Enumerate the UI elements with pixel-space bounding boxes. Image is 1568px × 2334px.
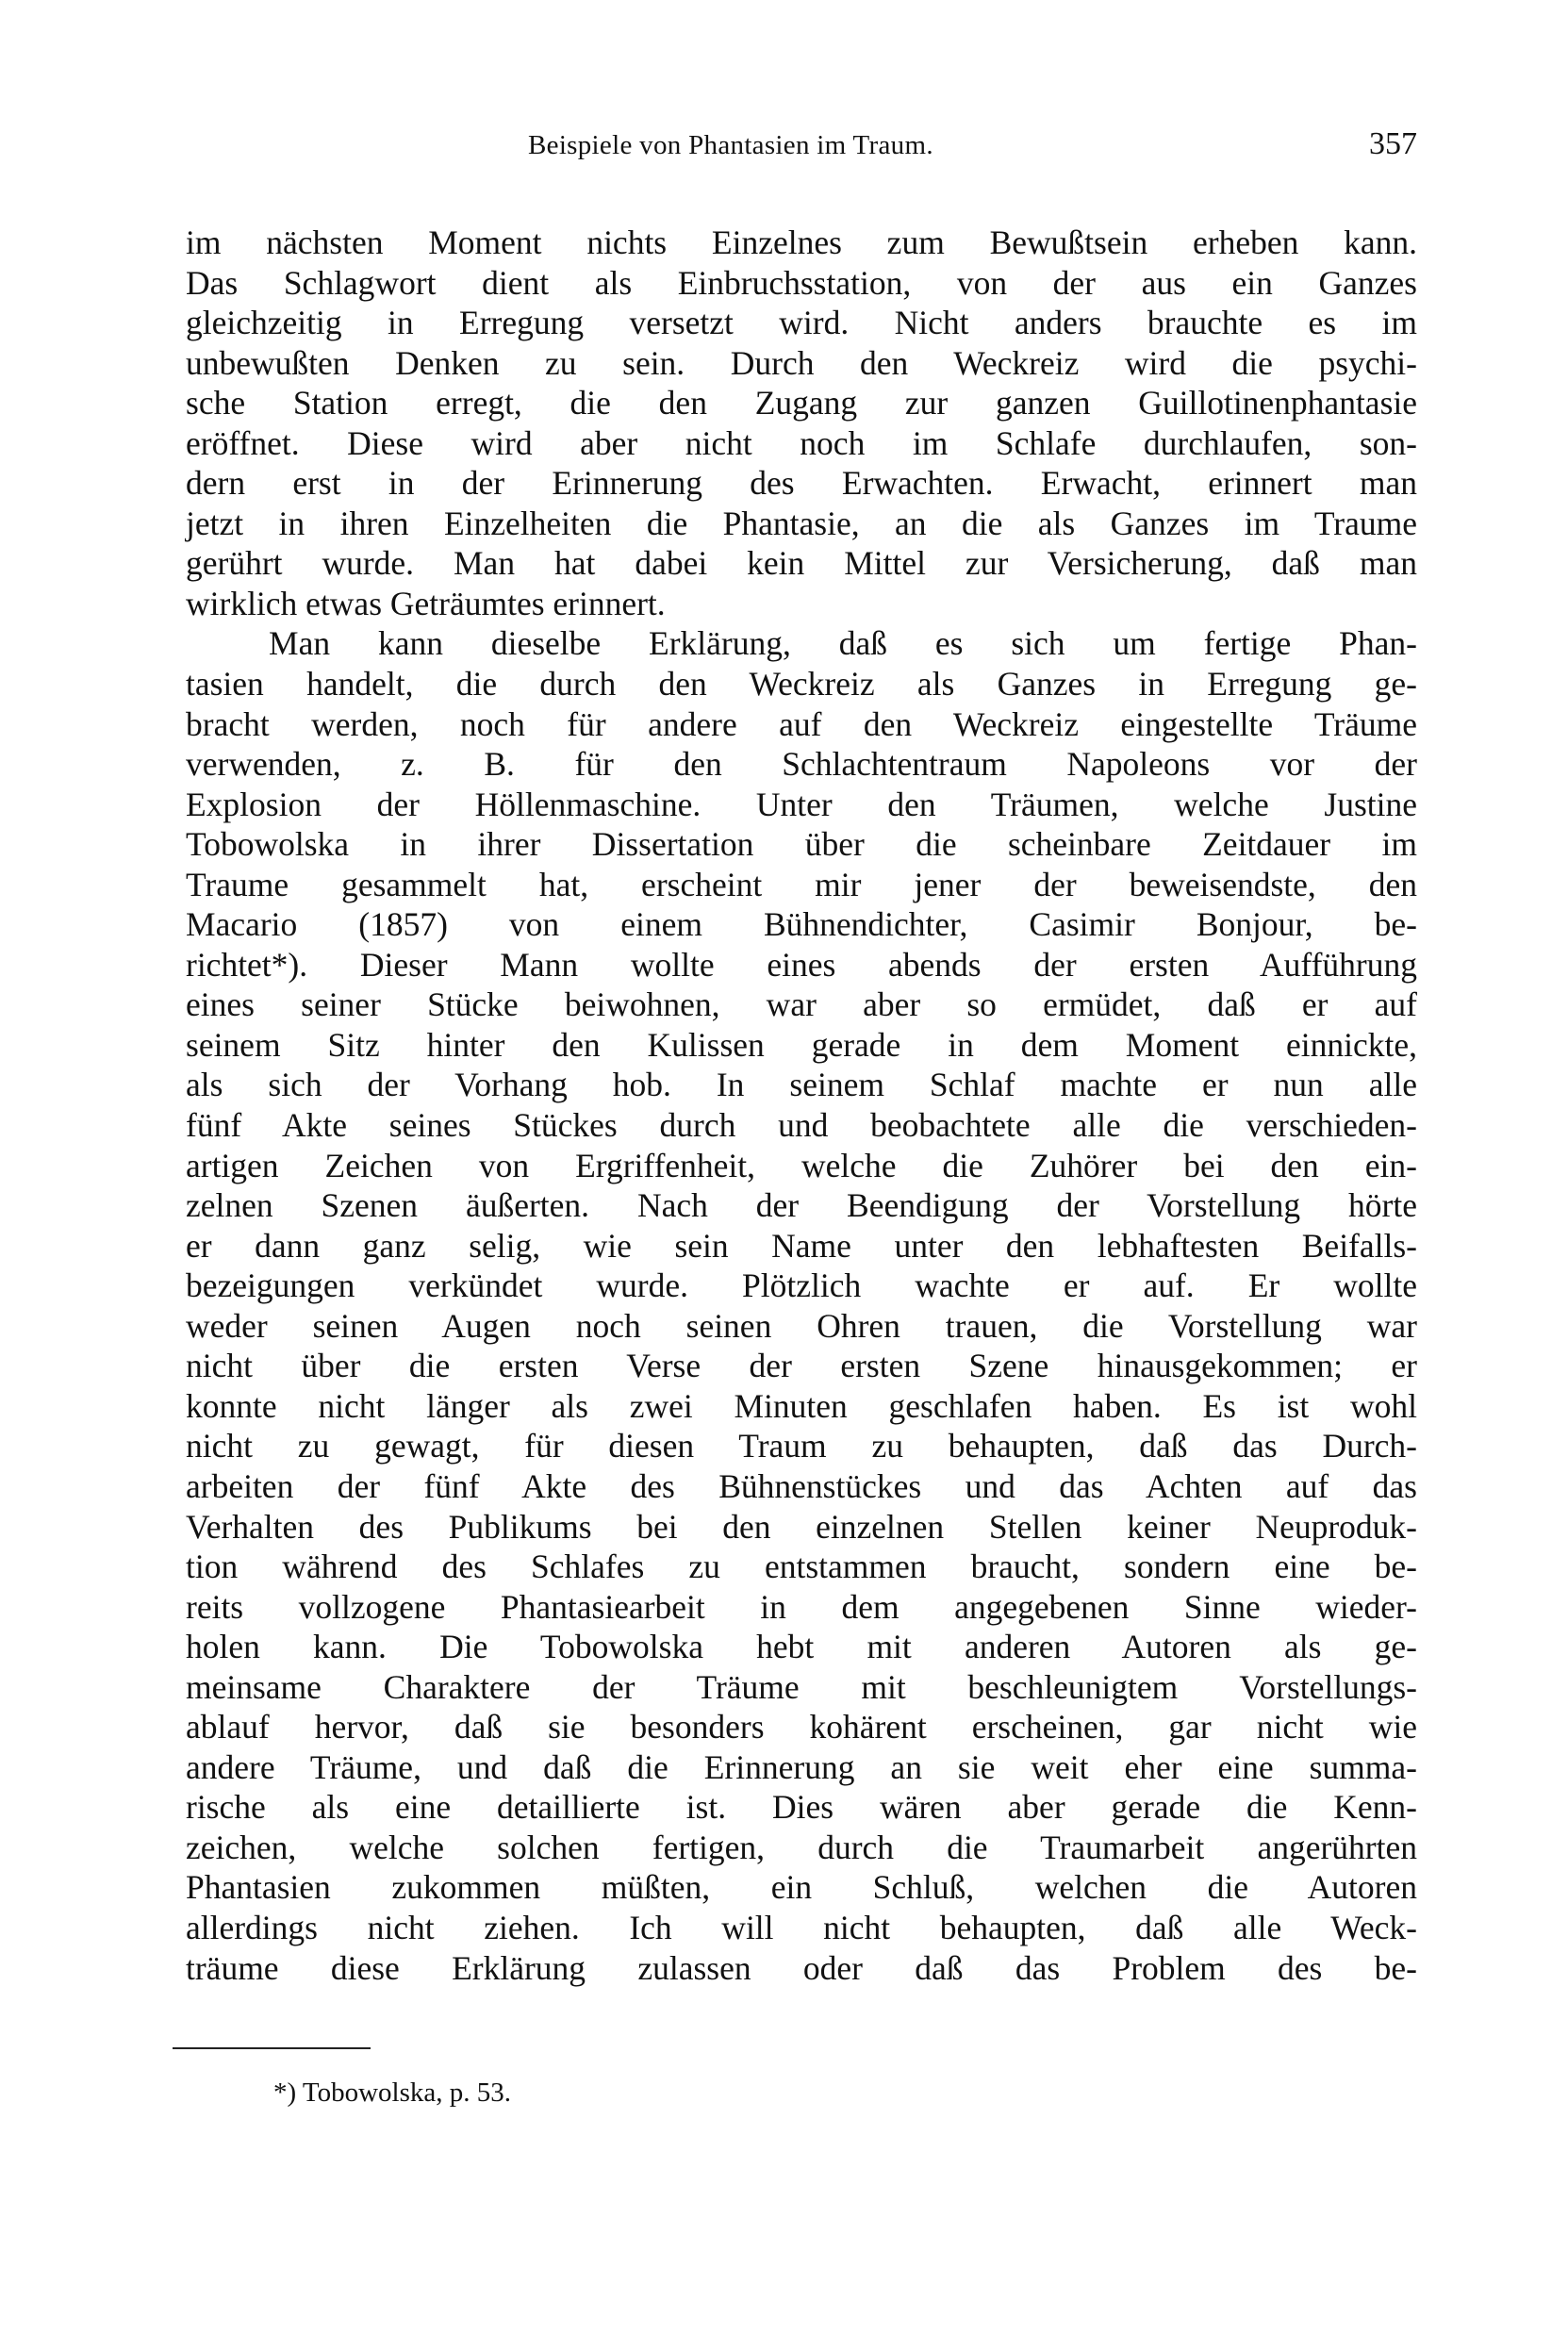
- text-line: tion während des Schlafes zu entstammen …: [186, 1547, 1417, 1587]
- text-line: als sich der Vorhang hob. In seinem Schl…: [186, 1065, 1417, 1105]
- text-line: bracht werden, noch für andere auf den W…: [186, 704, 1417, 745]
- text-line: weder seinen Augen noch seinen Ohren tra…: [186, 1306, 1417, 1347]
- text-line: Macario (1857) von einem Bühnendichter, …: [186, 904, 1417, 945]
- text-line: nicht zu gewagt, für diesen Traum zu beh…: [186, 1426, 1417, 1466]
- running-header: Beispiele von Phantasien im Traum. 357: [186, 130, 1417, 168]
- text-line: zelnen Szenen äußerten. Nach der Beendig…: [186, 1185, 1417, 1226]
- text-line: er dann ganz selig, wie sein Name unter …: [186, 1226, 1417, 1266]
- text-line: holen kann. Die Tobowolska hebt mit ande…: [186, 1627, 1417, 1667]
- text-line: jetzt in ihren Einzelheiten die Phantasi…: [186, 504, 1417, 544]
- text-line: gerührt wurde. Man hat dabei kein Mittel…: [186, 543, 1417, 584]
- text-line: meinsame Charaktere der Träume mit besch…: [186, 1667, 1417, 1708]
- running-title: Beispiele von Phantasien im Traum.: [528, 130, 933, 161]
- text-line: arbeiten der fünf Akte des Bühnenstückes…: [186, 1466, 1417, 1507]
- text-line: dern erst in der Erinnerung des Erwachte…: [186, 463, 1417, 504]
- text-line: bezeigungen verkündet wurde. Plötzlich w…: [186, 1266, 1417, 1306]
- text-line: eines seiner Stücke beiwohnen, war aber …: [186, 985, 1417, 1025]
- text-line: gleichzeitig in Erregung versetzt wird. …: [186, 303, 1417, 343]
- text-line: wirklich etwas Geträumtes erinnert.: [186, 584, 1417, 624]
- text-line: seinem Sitz hinter den Kulissen gerade i…: [186, 1025, 1417, 1066]
- text-line: im nächsten Moment nichts Einzelnes zum …: [186, 223, 1417, 263]
- text-line: konnte nicht länger als zwei Minuten ges…: [186, 1386, 1417, 1427]
- footnote-rule: [173, 2047, 371, 2049]
- text-line: sche Station erregt, die den Zugang zur …: [186, 383, 1417, 423]
- text-line: allerdings nicht ziehen. Ich will nicht …: [186, 1908, 1417, 1948]
- text-line: Explosion der Höllenmaschine. Unter den …: [186, 785, 1417, 825]
- text-line: fünf Akte seines Stückes durch und beoba…: [186, 1105, 1417, 1146]
- text-line: Traume gesammelt hat, erscheint mir jene…: [186, 865, 1417, 905]
- text-line: zeichen, welche solchen fertigen, durch …: [186, 1828, 1417, 1868]
- text-line: Tobowolska in ihrer Dissertation über di…: [186, 824, 1417, 865]
- text-line: reits vollzogene Phantasiearbeit in dem …: [186, 1587, 1417, 1628]
- text-line: träume diese Erklärung zulassen oder daß…: [186, 1948, 1417, 1989]
- text-line: Man kann dieselbe Erklärung, daß es sich…: [186, 623, 1417, 664]
- text-line: richtet*). Dieser Mann wollte eines aben…: [186, 945, 1417, 985]
- text-line: tasien handelt, die durch den Weckreiz a…: [186, 664, 1417, 704]
- text-line: andere Träume, und daß die Erinnerung an…: [186, 1747, 1417, 1788]
- body-text: im nächsten Moment nichts Einzelnes zum …: [186, 223, 1417, 1988]
- text-line: artigen Zeichen von Ergriffenheit, welch…: [186, 1146, 1417, 1186]
- text-line: ablauf hervor, daß sie besonders kohären…: [186, 1707, 1417, 1747]
- text-line: eröffnet. Diese wird aber nicht noch im …: [186, 423, 1417, 464]
- page-number: 357: [1369, 126, 1417, 162]
- text-line: verwenden, z. B. für den Schlachtentraum…: [186, 744, 1417, 785]
- text-line: unbewußten Denken zu sein. Durch den Wec…: [186, 343, 1417, 384]
- text-line: nicht über die ersten Verse der ersten S…: [186, 1346, 1417, 1386]
- text-line: rische als eine detaillierte ist. Dies w…: [186, 1787, 1417, 1828]
- text-line: Das Schlagwort dient als Einbruchsstatio…: [186, 263, 1417, 304]
- footnote: *) Tobowolska, p. 53.: [273, 2077, 511, 2109]
- text-line: Verhalten des Publikums bei den einzelne…: [186, 1507, 1417, 1548]
- text-line: Phantasien zukommen müßten, ein Schluß, …: [186, 1867, 1417, 1908]
